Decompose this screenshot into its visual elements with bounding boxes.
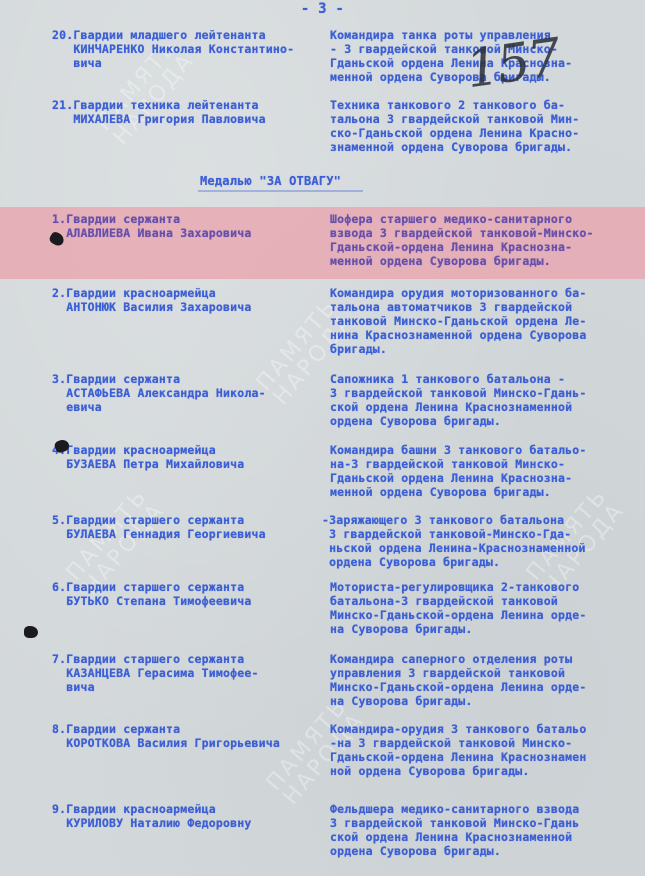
recipient-position: Моториста-регулировщика 2-танкового бата…	[330, 580, 586, 636]
recipient-position: Фельдшера медико-санитарного взвода 3 гв…	[330, 802, 579, 858]
recipient-position: Шофера старшего медико-санитарного взвод…	[330, 212, 594, 268]
recipient-position: Техника танкового 2 танкового ба- тальон…	[330, 98, 579, 154]
section-heading: Медалью "ЗА ОТВАГУ"	[200, 174, 341, 188]
handwritten-number: 157	[462, 28, 563, 100]
heading-underline	[198, 190, 363, 192]
page-number: - 3 -	[0, 2, 645, 16]
recipient-position: Командира орудия моторизованного ба- тал…	[330, 286, 586, 356]
punch-hole-mark	[24, 626, 38, 638]
recipient-position: Командира саперного отделения роты управ…	[330, 652, 586, 708]
recipient-name: 1.Гвардии сержанта АЛАВЛИЕВА Ивана Захар…	[52, 212, 251, 240]
recipient-name: 8.Гвардии сержанта КОРОТКОВА Василия Гри…	[52, 722, 280, 750]
recipient-name: 20.Гвардии младшего лейтенанта КИНЧАРЕНК…	[52, 28, 294, 70]
recipient-name: 2.Гвардии красноармейца АНТОНЮК Василия …	[52, 286, 251, 314]
recipient-position: -Заряжающего 3 танкового батальона 3 гва…	[322, 513, 586, 569]
recipient-name: 3.Гвардии сержанта АСТАФЬЕВА Александра …	[52, 372, 266, 414]
recipient-name: 6.Гвардии старшего сержанта БУТЬКО Степа…	[52, 580, 251, 608]
recipient-position: Командира-орудия 3 танкового батальо -на…	[330, 722, 586, 778]
recipient-name: 4.Гвардии красноармейца БУЗАЕВА Петра Ми…	[52, 443, 244, 471]
recipient-position: Сапожника 1 танкового батальона - 3 гвар…	[330, 372, 586, 428]
recipient-name: 21.Гвардии техника лейтенанта МИХАЛЕВА Г…	[52, 98, 266, 126]
recipient-name: 7.Гвардии старшего сержанта КАЗАНЦЕВА Ге…	[52, 652, 259, 694]
recipient-position: Командира башни 3 танкового батальо- на-…	[330, 443, 586, 499]
recipient-name: 5.Гвардии старшего сержанта БУЛАЕВА Генн…	[52, 513, 266, 541]
recipient-name: 9.Гвардии красноармейца КУРИЛОВУ Наталию…	[52, 802, 251, 830]
